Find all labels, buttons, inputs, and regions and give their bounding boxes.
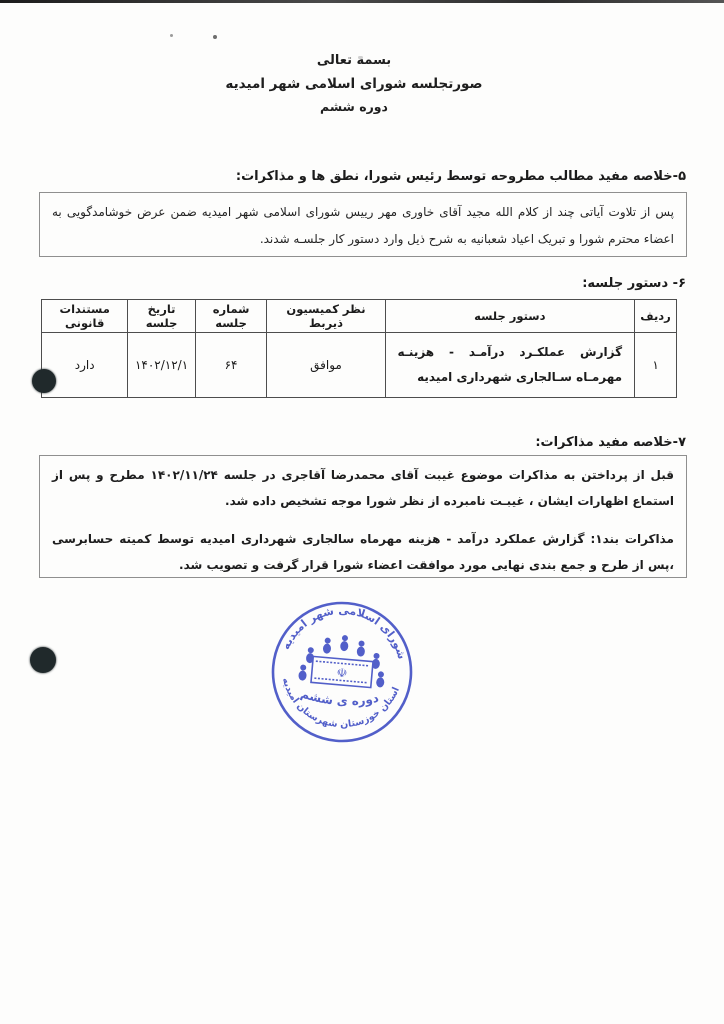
hole-punch-mark	[32, 369, 56, 393]
section-7-paragraph: قبل از پرداختن به مذاکرات موضوع غیبت آقا…	[52, 462, 674, 514]
cell-commission-opinion: موافق	[267, 333, 385, 398]
agenda-table: ردیف دستور جلسه نظر کمیسیون ذیربط شماره …	[41, 299, 677, 398]
cell-legal-docs: دارد	[42, 333, 128, 398]
section-5-box: پس از تلاوت آیاتی چند از کلام الله مجید …	[39, 192, 687, 257]
hole-punch-mark	[30, 647, 56, 673]
iran-emblem-icon: ☫	[336, 666, 348, 681]
col-header-session-number: شماره جلسه	[195, 300, 267, 333]
table-header-row: ردیف دستور جلسه نظر کمیسیون ذیربط شماره …	[42, 300, 677, 333]
section-5-body: پس از تلاوت آیاتی چند از کلام الله مجید …	[52, 205, 674, 246]
iran-flag-plaque: ☫	[311, 656, 373, 687]
col-header-agenda: دستور جلسه	[385, 300, 635, 333]
col-header-row-number: ردیف	[635, 300, 677, 333]
cell-session-number: ۶۴	[195, 333, 267, 398]
section-6-heading: ۶- دستور جلسه:	[38, 276, 686, 291]
stamp-top-arc-text: شورای اسلامی شهر امیدیه	[279, 598, 413, 662]
stamp-banner-text: دوره ی ششم	[299, 684, 381, 711]
col-header-legal-docs: مستندات قانونی	[42, 300, 128, 333]
document-header: بسمه تعالی صورتجلسه شورای اسلامی شهر امی…	[0, 53, 716, 114]
scan-edge-artifact	[0, 0, 724, 3]
cell-agenda: گزارش عملکـرد درآمـد - هزینـه مهرمـاه سـ…	[385, 333, 635, 398]
scanned-document-page: بسمه تعالی صورتجلسه شورای اسلامی شهر امی…	[0, 0, 724, 1024]
council-stamp: شورای اسلامی شهر امیدیه استان خوزستان شه…	[267, 597, 417, 747]
section-5-heading: ۵-خلاصه مفید مطالب مطروحه توسط رئیس شورا…	[38, 169, 686, 184]
section-7-heading: ۷-خلاصه مفید مذاکرات:	[38, 435, 686, 450]
section-7-box: قبل از پرداختن به مذاکرات موضوع غیبت آقا…	[39, 455, 687, 578]
cell-row-number: ۱	[635, 333, 677, 398]
section-7-paragraph: مذاکرات بند۱: گزارش عملکرد درآمد - هزینه…	[52, 526, 674, 578]
table-row: ۱ گزارش عملکـرد درآمـد - هزینـه مهرمـاه …	[42, 333, 677, 398]
document-title: صورتجلسه شورای اسلامی شهر امیدیه	[0, 76, 716, 92]
scan-speck	[170, 34, 173, 37]
scan-speck	[213, 35, 217, 39]
cell-session-date: ۱۴۰۲/۱۲/۱	[128, 333, 195, 398]
col-header-commission-opinion: نظر کمیسیون ذیربط	[267, 300, 385, 333]
col-header-session-date: تاریخ جلسه	[128, 300, 195, 333]
bismillah-text: بسمه تعالی	[0, 53, 716, 68]
term-label: دوره ششم	[0, 99, 716, 114]
